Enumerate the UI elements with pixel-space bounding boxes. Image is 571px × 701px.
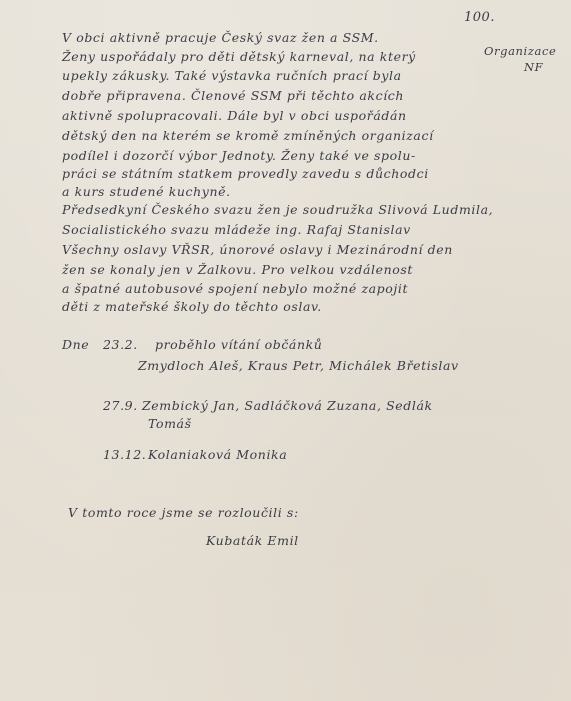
entry-date: 27.9. xyxy=(103,398,138,413)
entry-names: Kolaniaková Monika xyxy=(148,447,287,462)
paragraph-line: a kurs studené kuchyně. xyxy=(62,184,231,199)
paragraph-line: dobře připravena. Členové SSM při těchto… xyxy=(62,88,404,103)
intro-prefix: Dne xyxy=(62,337,89,352)
paragraph-line: podílel i dozorčí výbor Jednoty. Ženy ta… xyxy=(62,148,416,163)
entry-text: proběhlo vítání občánků xyxy=(155,337,322,352)
handwritten-chronicle-page: 100. Organizace NF V obci aktivně pracuj… xyxy=(0,0,571,701)
farewell-names: Kubaták Emil xyxy=(206,533,299,548)
margin-note-nf: NF xyxy=(524,60,543,74)
paragraph-line: Socialistického svazu mládeže ing. Rafaj… xyxy=(62,222,411,237)
paragraph-line: Ženy uspořádaly pro děti dětský karneval… xyxy=(62,49,416,64)
paragraph-line: a špatné autobusové spojení nebylo možné… xyxy=(62,281,408,296)
entry-names: Zembický Jan, Sadláčková Zuzana, Sedlák xyxy=(142,398,433,413)
entry-names: Zmydloch Aleš, Kraus Petr, Michálek Břet… xyxy=(138,358,459,373)
paragraph-line: upekly zákusky. Také výstavka ručních pr… xyxy=(62,68,402,83)
paragraph-line: V obci aktivně pracuje Český svaz žen a … xyxy=(62,30,379,45)
farewell-text: V tomto roce jsme se rozloučili s: xyxy=(68,505,299,520)
margin-note-organizace: Organizace xyxy=(484,44,556,58)
entry-date: 13.12. xyxy=(103,447,146,462)
paragraph-line: žen se konaly jen v Žalkovu. Pro velkou … xyxy=(62,262,413,277)
paragraph-line: dětský den na kterém se kromě zmíněných … xyxy=(62,128,434,143)
paragraph-line: práci se státním statkem provedly zavedu… xyxy=(62,166,429,181)
paragraph-line: aktivně spolupracovali. Dále byl v obci … xyxy=(62,108,407,123)
paragraph-line: děti z mateřské školy do těchto oslav. xyxy=(62,299,322,314)
paragraph-line: Všechny oslavy VŘSR, únorové oslavy i Me… xyxy=(62,242,453,257)
page-number: 100. xyxy=(464,10,495,25)
paragraph-line: Předsedkyní Českého svazu žen je soudruž… xyxy=(62,202,493,217)
entry-date: 23.2. xyxy=(103,337,138,352)
entry-names-continued: Tomáš xyxy=(148,416,192,431)
